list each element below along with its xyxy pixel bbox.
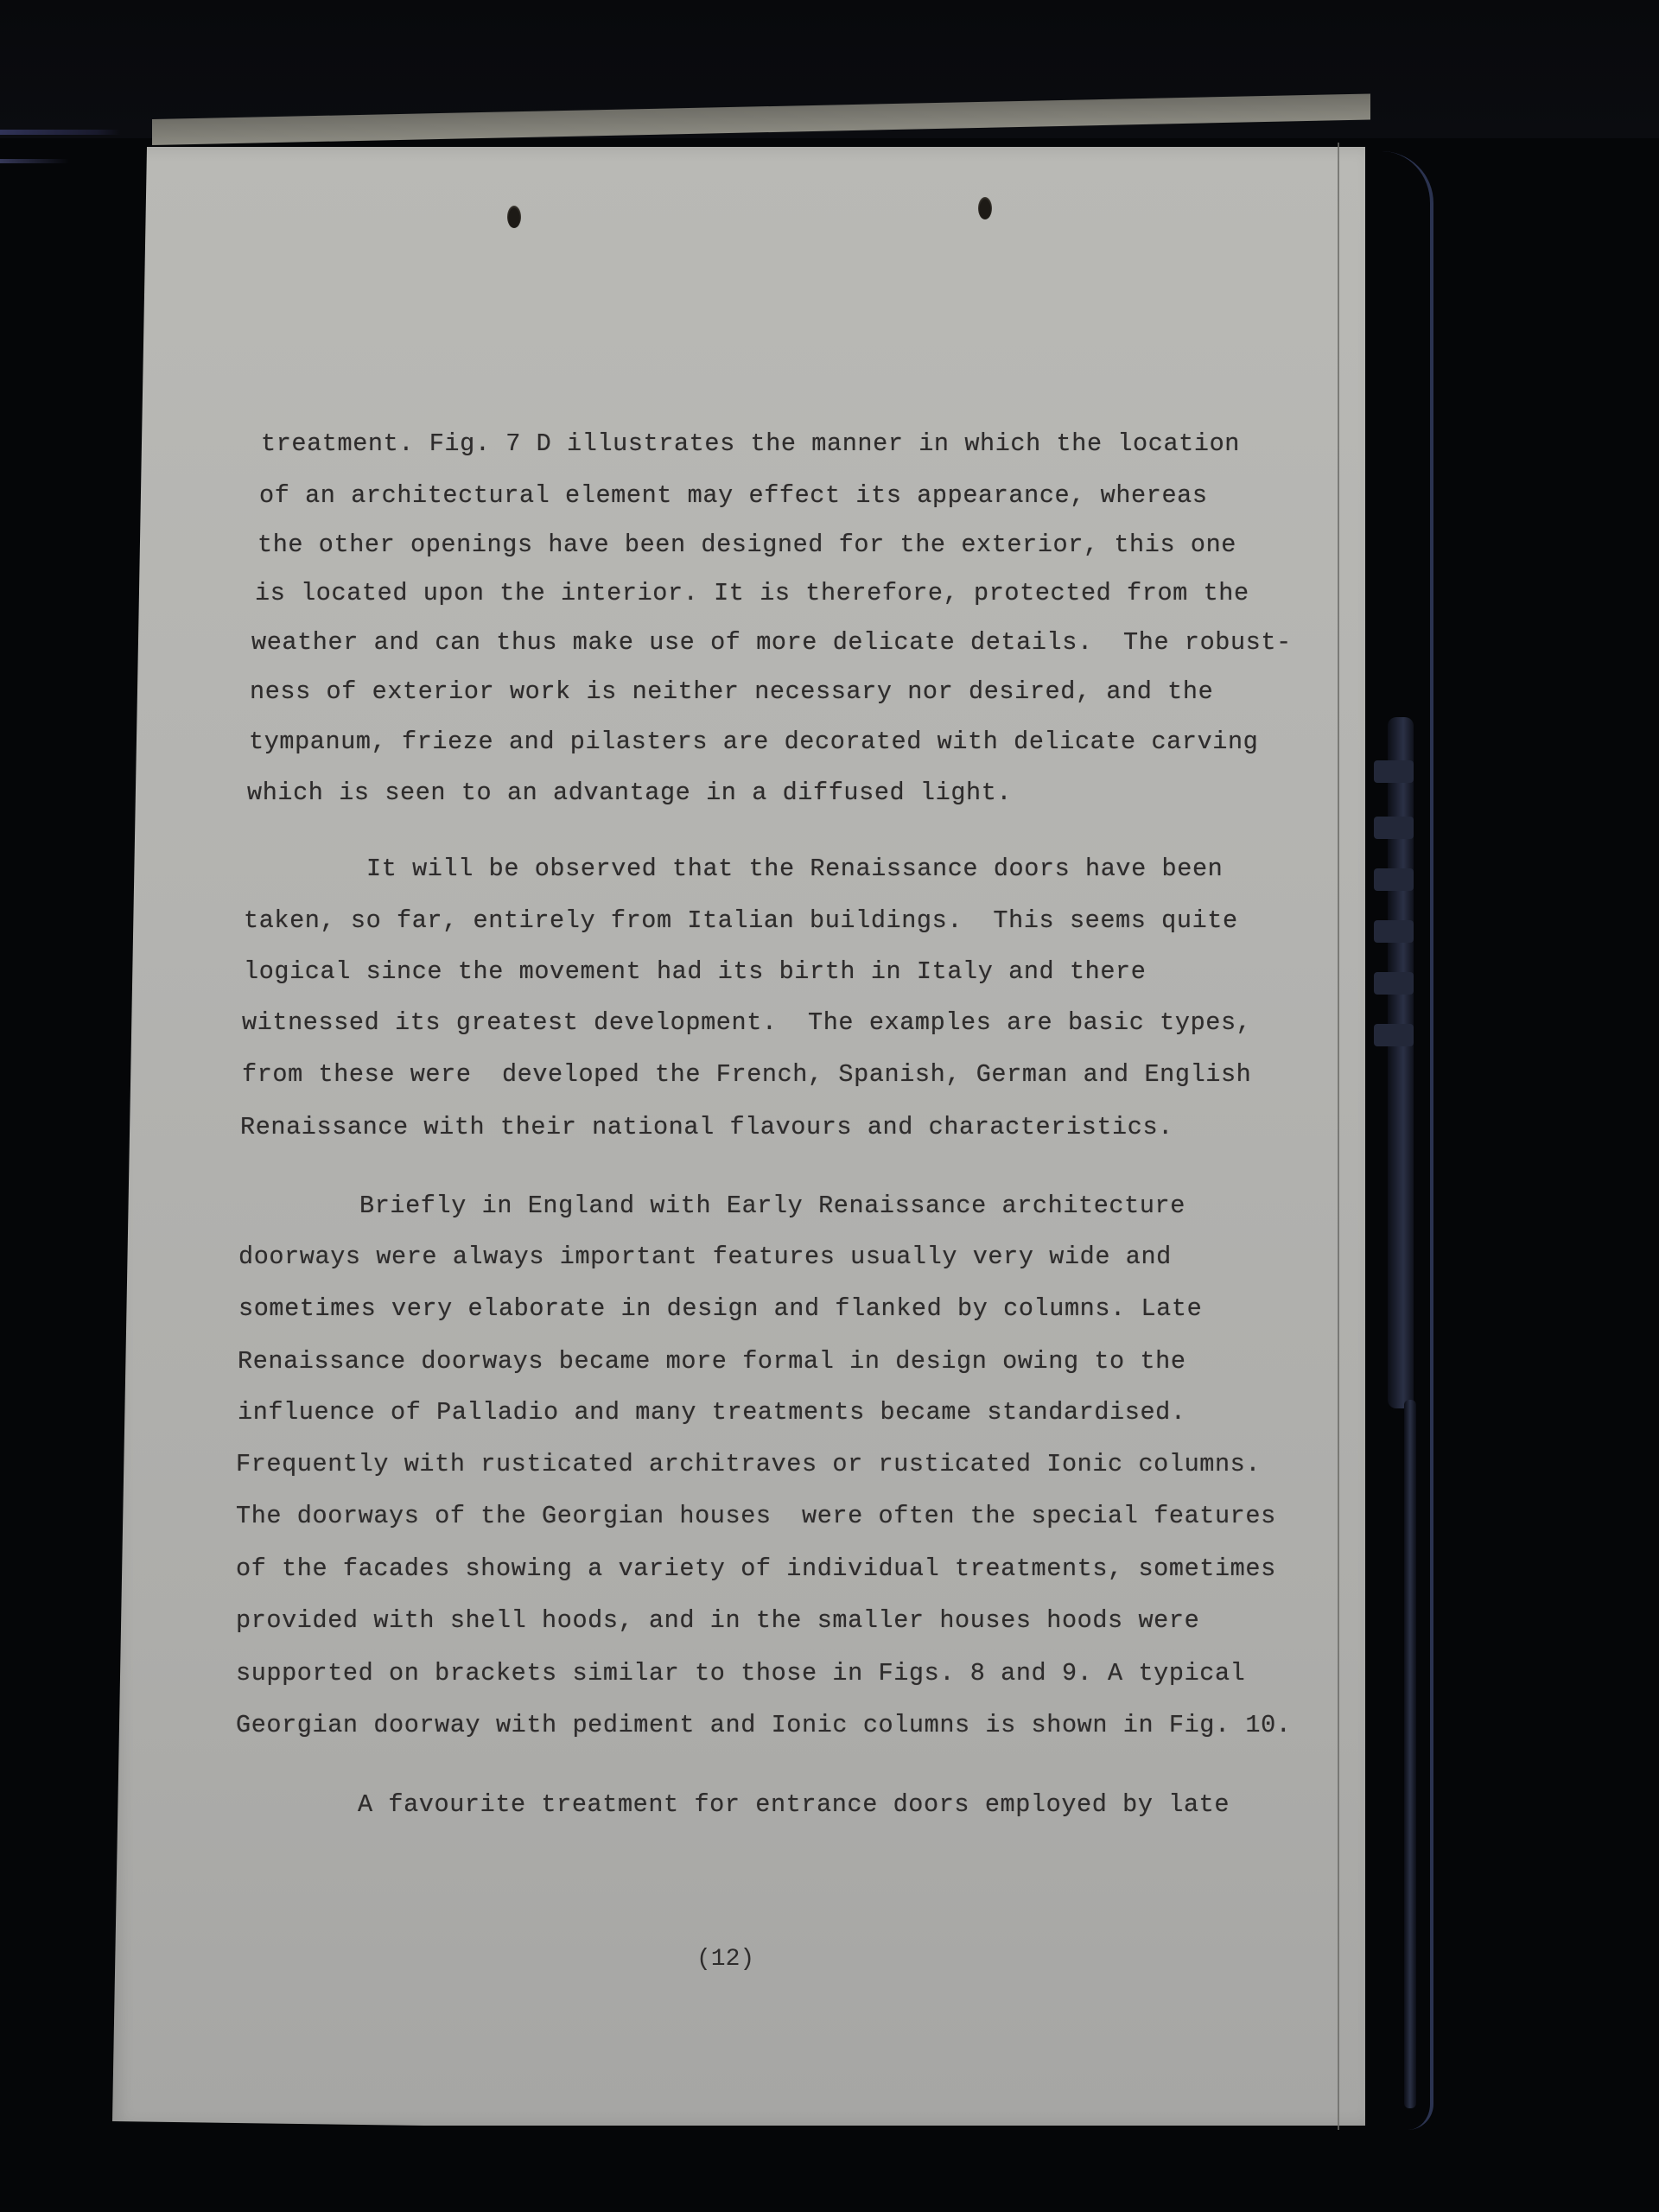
text-line: taken, so far, entirely from Italian bui… [244,909,1238,934]
text-line: treatment. Fig. 7 D illustrates the mann… [261,432,1240,457]
text-line: of the facades showing a variety of indi… [236,1557,1276,1582]
text-line: the other openings have been designed fo… [257,533,1236,558]
text-line: of an architectural element may effect i… [259,484,1208,509]
text-line: influence of Palladio and many treatment… [238,1401,1186,1426]
punch-hole-right [978,197,992,219]
text-line: logical since the movement had its birth… [244,960,1146,985]
binder-edge-highlight [0,159,69,163]
text-line: Frequently with rusticated architraves o… [236,1452,1261,1478]
text-line: from these were developed the French, Sp… [242,1063,1251,1088]
binder-ring [1374,817,1414,839]
binder-ring [1374,868,1414,891]
text-line: is located upon the interior. It is ther… [255,582,1249,607]
binder-edge-highlight [0,130,121,135]
binder-ring [1374,920,1414,943]
underlying-sheet-edge-line [1338,143,1339,2130]
text-line: supported on brackets similar to those i… [236,1662,1245,1687]
binder-clip-arm [1404,1400,1416,2108]
text-line: sometimes very elaborate in design and f… [238,1297,1202,1322]
binder-ring [1374,972,1414,995]
binder-ring [1374,760,1414,783]
text-line: Georgian doorway with pediment and Ionic… [236,1713,1292,1738]
text-line: Briefly in England with Early Renaissanc… [359,1194,1185,1219]
text-line: doorways were always important features … [238,1245,1172,1270]
text-line: ness of exterior work is neither necessa… [250,680,1213,705]
text-line: provided with shell hoods, and in the sm… [236,1609,1199,1634]
text-line: witnessed its greatest development. The … [242,1011,1251,1036]
punch-hole-left [507,206,521,228]
text-line: Renaissance with their national flavours… [240,1116,1173,1141]
text-line: A favourite treatment for entrance doors… [358,1793,1230,1818]
text-line: Renaissance doorways became more formal … [238,1350,1186,1375]
text-line: The doorways of the Georgian houses were… [236,1504,1276,1529]
text-line: It will be observed that the Renaissance… [366,857,1223,882]
page-number: (12) [696,1946,754,1973]
text-line: which is seen to an advantage in a diffu… [247,781,1012,806]
binder-ring [1374,1024,1414,1046]
text-line: weather and can thus make use of more de… [251,631,1292,656]
text-line: tympanum, frieze and pilasters are decor… [249,730,1258,755]
